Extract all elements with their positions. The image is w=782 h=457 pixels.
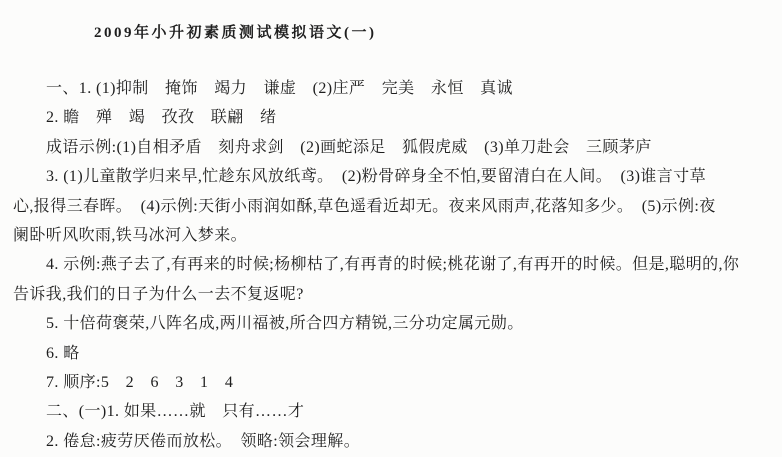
answer-line: 心,报得三春晖。 (4)示例:天街小雨润如酥,草色遥看近却无。夜来风雨声,花落知… bbox=[13, 192, 773, 221]
answer-line: 一、1. (1)抑制 掩饰 竭力 谦虚 (2)庄严 完美 永恒 真诚 bbox=[13, 74, 773, 103]
answer-line: 阑卧听风吹雨,铁马冰河入梦来。 bbox=[13, 221, 773, 250]
page-title: 2009年小升初素质测试模拟语文(一) bbox=[94, 21, 377, 42]
answer-line: 3. (1)儿童散学归来早,忙趁东风放纸鸢。 (2)粉骨碎身全不怕,要留清白在人… bbox=[13, 162, 773, 191]
answer-line: 告诉我,我们的日子为什么一去不复返呢? bbox=[13, 280, 773, 309]
answer-line: 7. 顺序:5 2 6 3 1 4 bbox=[13, 368, 773, 397]
answer-line: 6. 略 bbox=[13, 339, 773, 368]
answer-line: 4. 示例:燕子去了,有再来的时候;杨柳枯了,有再青的时候;桃花谢了,有再开的时… bbox=[13, 250, 773, 279]
answer-line: 成语示例:(1)自相矛盾 刻舟求剑 (2)画蛇添足 狐假虎威 (3)单刀赴会 三… bbox=[13, 133, 773, 162]
answer-line: 2. 倦怠:疲劳厌倦而放松。 领略:领会理解。 bbox=[13, 427, 773, 456]
answer-line: 二、(一)1. 如果……就 只有……才 bbox=[13, 397, 773, 426]
scanned-answer-page: 2009年小升初素质测试模拟语文(一) 一、1. (1)抑制 掩饰 竭力 谦虚 … bbox=[0, 0, 782, 457]
answer-lines: 一、1. (1)抑制 掩饰 竭力 谦虚 (2)庄严 完美 永恒 真诚2. 瞻 殚… bbox=[13, 74, 773, 456]
answer-line: 2. 瞻 殚 竭 孜孜 联翩 绪 bbox=[13, 103, 773, 132]
answer-line: 5. 十倍荷褒荣,八阵名成,两川福被,所合四方精锐,三分功定属元勋。 bbox=[13, 309, 773, 338]
